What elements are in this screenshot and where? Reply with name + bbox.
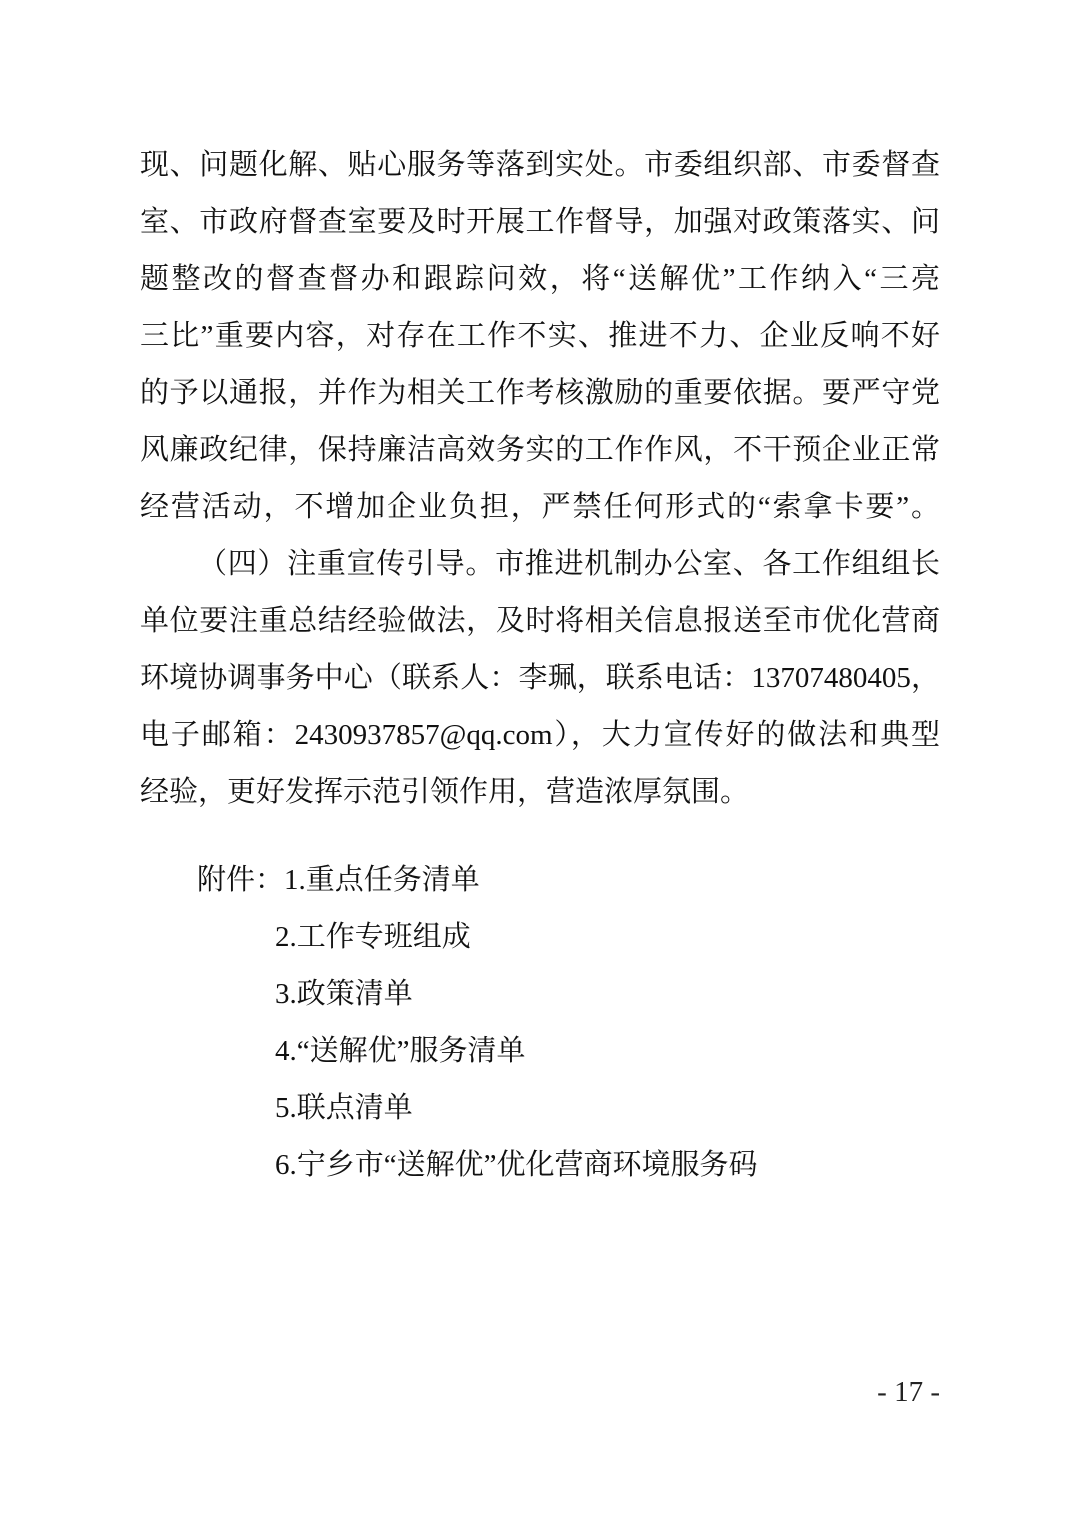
attachment-list: 附件：1.重点任务清单 2.工作专班组成 3.政策清单 4.“送解优”服务清单 … [140,852,940,1194]
text-line: （四）注重宣传引导。市推进机制办公室、各工作组组长 [140,536,940,593]
body-paragraph-1: 现、问题化解、贴心服务等落到实处。市委组织部、市委督查 室、市政府督查室要及时开… [140,137,940,536]
text-line: 环境协调事务中心（联系人：李珮，联系电话：13707480405， [140,650,940,707]
document-body: 现、问题化解、贴心服务等落到实处。市委组织部、市委督查 室、市政府督查室要及时开… [140,137,940,1194]
attachment-item: 6.宁乡市“送解优”优化营商环境服务码 [140,1137,940,1194]
paragraph-gap [140,821,940,852]
attachment-item: 4.“送解优”服务清单 [140,1023,940,1080]
text-line: 风廉政纪律，保持廉洁高效务实的工作作风，不干预企业正常 [140,422,940,479]
document-page: 现、问题化解、贴心服务等落到实处。市委组织部、市委督查 室、市政府督查室要及时开… [0,0,1074,1520]
text-line: 经营活动，不增加企业负担，严禁任何形式的“索拿卡要”。 [140,479,940,536]
text-line: 现、问题化解、贴心服务等落到实处。市委组织部、市委督查 [140,137,940,194]
text-line: 三比”重要内容，对存在工作不实、推进不力、企业反响不好 [140,308,940,365]
body-paragraph-2: （四）注重宣传引导。市推进机制办公室、各工作组组长 单位要注重总结经验做法，及时… [140,536,940,821]
text-line: 室、市政府督查室要及时开展工作督导，加强对政策落实、问 [140,194,940,251]
text-line: 经验，更好发挥示范引领作用，营造浓厚氛围。 [140,764,940,821]
text-line: 单位要注重总结经验做法，及时将相关信息报送至市优化营商 [140,593,940,650]
text-line: 电子邮箱：2430937857@qq.com），大力宣传好的做法和典型 [140,707,940,764]
attachment-item: 2.工作专班组成 [140,909,940,966]
attachment-item: 5.联点清单 [140,1080,940,1137]
section-lead-text: 市推进机制办公室、各工作组组长 [495,548,940,580]
section-heading: （四）注重宣传引导。 [198,548,495,580]
text-line: 题整改的督查督办和跟踪问效，将“送解优”工作纳入“三亮 [140,251,940,308]
page-number: - 17 - [877,1377,940,1407]
text-line: 的予以通报，并作为相关工作考核激励的重要依据。要严守党 [140,365,940,422]
attachment-item: 1.重点任务清单 [284,864,480,896]
attachment-label: 附件： [197,864,284,896]
attachment-line: 附件：1.重点任务清单 [140,852,940,909]
attachment-item: 3.政策清单 [140,966,940,1023]
